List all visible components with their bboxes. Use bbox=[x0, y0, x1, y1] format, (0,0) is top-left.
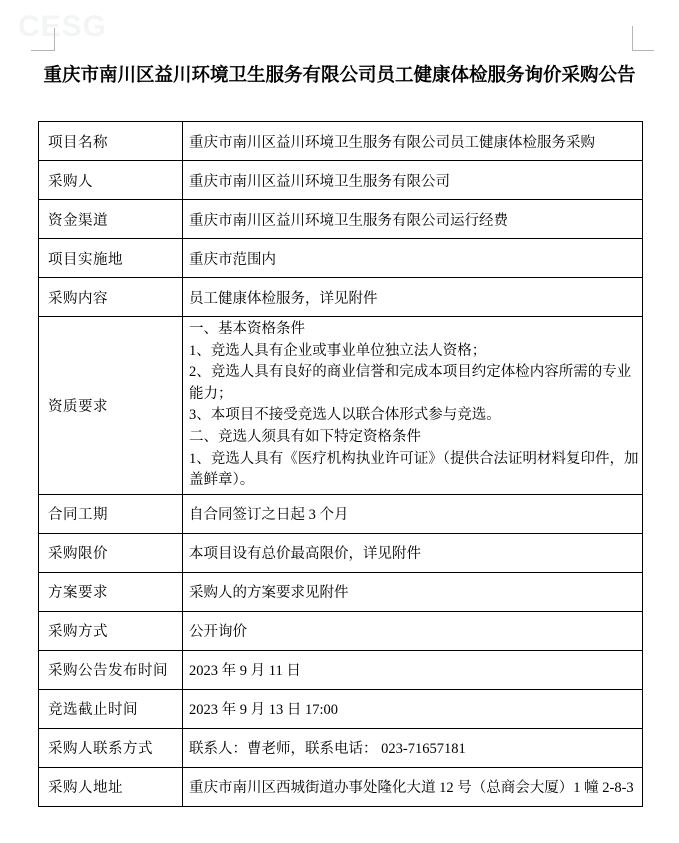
table-row-procurement-content: 采购内容 员工健康体检服务，详见附件 bbox=[39, 278, 643, 317]
table-row-announcement-date: 采购公告发布时间 2023 年 9 月 11 日 bbox=[39, 650, 643, 689]
row-label: 资质要求 bbox=[39, 317, 183, 495]
table-row-purchaser-address: 采购人地址 重庆市南川区西城街道办事处隆化大道 12 号（总商会大厦）1 幢 2… bbox=[39, 767, 643, 806]
table-row-funding-source: 资金渠道 重庆市南川区益川环境卫生服务有限公司运行经费 bbox=[39, 200, 643, 239]
table-row-procurement-method: 采购方式 公开询价 bbox=[39, 611, 643, 650]
table-row-project-name: 项目名称 重庆市南川区益川环境卫生服务有限公司员工健康体检服务采购 bbox=[39, 122, 643, 161]
margin-crop-mark-right bbox=[632, 26, 654, 51]
table-row-purchaser: 采购人 重庆市南川区益川环境卫生服务有限公司 bbox=[39, 161, 643, 200]
table-row-project-location: 项目实施地 重庆市范围内 bbox=[39, 239, 643, 278]
table-row-contract-period: 合同工期 自合同签订之日起 3 个月 bbox=[39, 494, 643, 533]
row-label: 项目名称 bbox=[39, 122, 183, 161]
row-value: 重庆市南川区益川环境卫生服务有限公司员工健康体检服务采购 bbox=[183, 122, 643, 161]
row-label: 合同工期 bbox=[39, 494, 183, 533]
row-label: 采购人 bbox=[39, 161, 183, 200]
row-value: 重庆市范围内 bbox=[183, 239, 643, 278]
margin-crop-mark-left bbox=[31, 28, 55, 51]
row-value: 采购人的方案要求见附件 bbox=[183, 572, 643, 611]
table-row-qualification-requirements: 资质要求 一、基本资格条件 1、竞选人具有企业或事业单位独立法人资格； 2、竞选… bbox=[39, 317, 643, 495]
row-label: 方案要求 bbox=[39, 572, 183, 611]
row-label: 资金渠道 bbox=[39, 200, 183, 239]
row-value: 重庆市南川区益川环境卫生服务有限公司运行经费 bbox=[183, 200, 643, 239]
row-value: 一、基本资格条件 1、竞选人具有企业或事业单位独立法人资格； 2、竞选人具有良好… bbox=[183, 317, 643, 495]
table-row-contact-info: 采购人联系方式 联系人：曹老师，联系电话： 023-71657181 bbox=[39, 728, 643, 767]
row-value: 2023 年 9 月 11 日 bbox=[183, 650, 643, 689]
row-value: 本项目设有总价最高限价，详见附件 bbox=[183, 533, 643, 572]
row-value: 重庆市南川区益川环境卫生服务有限公司 bbox=[183, 161, 643, 200]
row-value: 2023 年 9 月 13 日 17:00 bbox=[183, 689, 643, 728]
table-row-scheme-requirements: 方案要求 采购人的方案要求见附件 bbox=[39, 572, 643, 611]
row-label: 竞选截止时间 bbox=[39, 689, 183, 728]
row-label: 采购公告发布时间 bbox=[39, 650, 183, 689]
row-value: 联系人：曹老师，联系电话： 023-71657181 bbox=[183, 728, 643, 767]
document-page: { "page": { "watermark": "CESG", "title"… bbox=[0, 0, 679, 843]
row-label: 采购人地址 bbox=[39, 767, 183, 806]
row-label: 采购方式 bbox=[39, 611, 183, 650]
announcement-table: 项目名称 重庆市南川区益川环境卫生服务有限公司员工健康体检服务采购 采购人 重庆… bbox=[38, 121, 643, 807]
row-label: 采购内容 bbox=[39, 278, 183, 317]
table-row-bid-deadline: 竞选截止时间 2023 年 9 月 13 日 17:00 bbox=[39, 689, 643, 728]
row-value: 员工健康体检服务，详见附件 bbox=[183, 278, 643, 317]
row-label: 采购限价 bbox=[39, 533, 183, 572]
row-value: 重庆市南川区西城街道办事处隆化大道 12 号（总商会大厦）1 幢 2-8-3 bbox=[183, 767, 643, 806]
row-label: 采购人联系方式 bbox=[39, 728, 183, 767]
table-row-price-limit: 采购限价 本项目设有总价最高限价，详见附件 bbox=[39, 533, 643, 572]
row-value: 自合同签订之日起 3 个月 bbox=[183, 494, 643, 533]
page-title: 重庆市南川区益川环境卫生服务有限公司员工健康体检服务询价采购公告 bbox=[0, 63, 679, 90]
row-label: 项目实施地 bbox=[39, 239, 183, 278]
row-value: 公开询价 bbox=[183, 611, 643, 650]
